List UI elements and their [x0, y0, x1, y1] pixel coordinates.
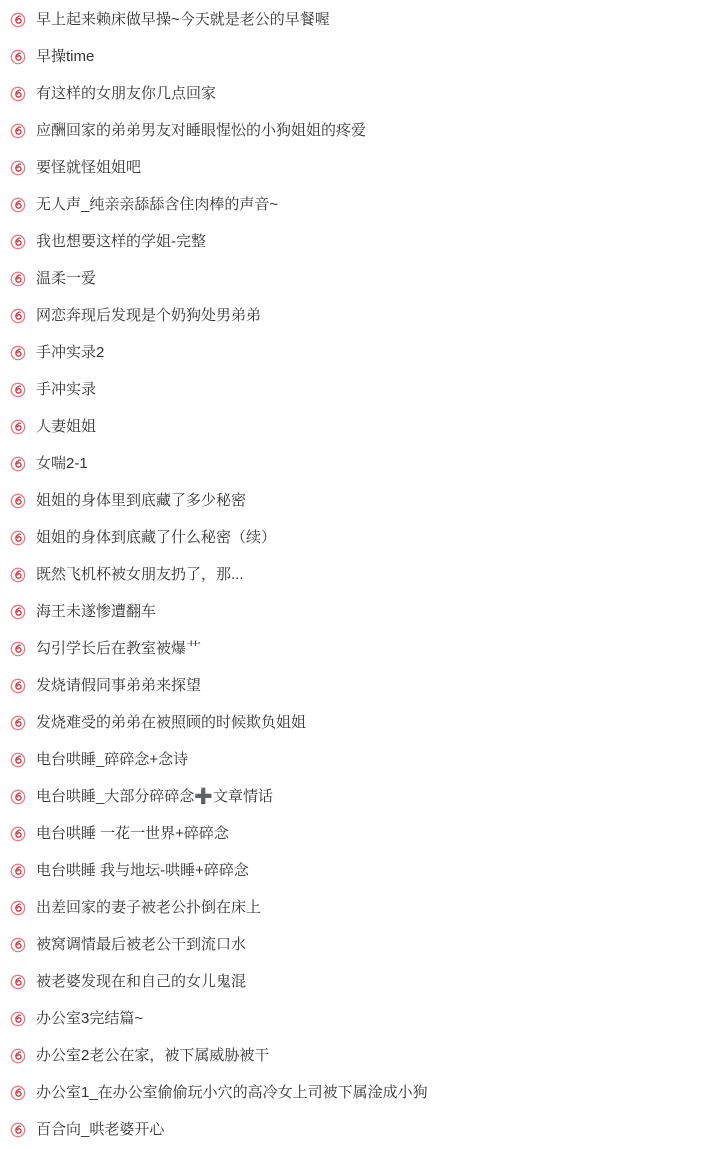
- audio-title: 温柔一爱: [36, 260, 96, 297]
- audio-title: 发烧请假同事弟弟来探望: [36, 667, 201, 704]
- list-item[interactable]: 要怪就怪姐姐吧: [0, 149, 716, 186]
- netease-music-icon: [10, 641, 26, 657]
- netease-music-icon: [10, 715, 26, 731]
- audio-title: 早操time: [36, 38, 94, 75]
- list-item[interactable]: 被老婆发现在和自己的女儿鬼混: [0, 963, 716, 1000]
- list-item[interactable]: 姐姐的身体到底藏了什么秘密（续）: [0, 519, 716, 556]
- audio-title: 手冲实录2: [36, 334, 104, 371]
- list-item[interactable]: 手冲实录: [0, 371, 716, 408]
- netease-music-icon: [10, 1122, 26, 1138]
- list-item[interactable]: 被窝调情最后被老公干到流口水: [0, 926, 716, 963]
- list-item[interactable]: 应酬回家的弟弟男友对睡眼惺忪的小狗姐姐的疼爱: [0, 112, 716, 149]
- audio-title: 要怪就怪姐姐吧: [36, 149, 141, 186]
- audio-title: 我也想要这样的学姐-完整: [36, 223, 206, 260]
- netease-music-icon: [10, 197, 26, 213]
- audio-title: 百合向_哄老婆开心: [36, 1111, 164, 1148]
- netease-music-icon: [10, 1085, 26, 1101]
- netease-music-icon: [10, 49, 26, 65]
- netease-music-icon: [10, 86, 26, 102]
- netease-music-icon: [10, 604, 26, 620]
- audio-title: 发烧难受的弟弟在被照顾的时候欺负姐姐: [36, 704, 306, 741]
- list-item[interactable]: 办公室3完结篇~: [0, 1000, 716, 1037]
- list-item[interactable]: 我也想要这样的学姐-完整: [0, 223, 716, 260]
- netease-music-icon: [10, 678, 26, 694]
- audio-title: 无人声_纯亲亲舔舔含住肉棒的声音~: [36, 186, 278, 223]
- audio-title: 勾引学长后在教室被爆艹: [36, 630, 201, 667]
- netease-music-icon: [10, 937, 26, 953]
- netease-music-icon: [10, 1011, 26, 1027]
- netease-music-icon: [10, 863, 26, 879]
- netease-music-icon: [10, 308, 26, 324]
- audio-list: 早上起来赖床做早操~今天就是老公的早餐喔 早操time 有这样的女朋友你几点回家: [0, 0, 716, 1148]
- list-item[interactable]: 海王未遂惨遭翻车: [0, 593, 716, 630]
- audio-title: 出差回家的妻子被老公扑倒在床上: [36, 889, 261, 926]
- list-item[interactable]: 发烧难受的弟弟在被照顾的时候欺负姐姐: [0, 704, 716, 741]
- audio-title: 应酬回家的弟弟男友对睡眼惺忪的小狗姐姐的疼爱: [36, 112, 366, 149]
- audio-title: 网恋奔现后发现是个奶狗处男弟弟: [36, 297, 261, 334]
- list-item[interactable]: 办公室2老公在家，被下属威胁被干: [0, 1037, 716, 1074]
- list-item[interactable]: 既然飞机杯被女朋友扔了，那...: [0, 556, 716, 593]
- list-item[interactable]: 人妻姐姐: [0, 408, 716, 445]
- list-item[interactable]: 女喘2-1: [0, 445, 716, 482]
- netease-music-icon: [10, 419, 26, 435]
- netease-music-icon: [10, 123, 26, 139]
- audio-title: 有这样的女朋友你几点回家: [36, 75, 216, 112]
- netease-music-icon: [10, 974, 26, 990]
- list-item[interactable]: 姐姐的身体里到底藏了多少秘密: [0, 482, 716, 519]
- netease-music-icon: [10, 271, 26, 287]
- list-item[interactable]: 网恋奔现后发现是个奶狗处男弟弟: [0, 297, 716, 334]
- audio-title: 手冲实录: [36, 371, 96, 408]
- audio-title: 办公室2老公在家，被下属威胁被干: [36, 1037, 269, 1074]
- list-item[interactable]: 手冲实录2: [0, 334, 716, 371]
- audio-title: 姐姐的身体到底藏了什么秘密（续）: [36, 519, 276, 556]
- list-item[interactable]: 有这样的女朋友你几点回家: [0, 75, 716, 112]
- list-item[interactable]: 电台哄睡_大部分碎碎念➕文章情话: [0, 778, 716, 815]
- netease-music-icon: [10, 382, 26, 398]
- netease-music-icon: [10, 752, 26, 768]
- netease-music-icon: [10, 1048, 26, 1064]
- audio-title: 电台哄睡 一花一世界+碎碎念: [36, 815, 229, 852]
- list-item[interactable]: 勾引学长后在教室被爆艹: [0, 630, 716, 667]
- list-item[interactable]: 电台哄睡 一花一世界+碎碎念: [0, 815, 716, 852]
- audio-title: 早上起来赖床做早操~今天就是老公的早餐喔: [36, 1, 330, 38]
- list-item[interactable]: 温柔一爱: [0, 260, 716, 297]
- netease-music-icon: [10, 826, 26, 842]
- netease-music-icon: [10, 345, 26, 361]
- audio-title: 电台哄睡_大部分碎碎念➕文章情话: [36, 778, 273, 815]
- netease-music-icon: [10, 789, 26, 805]
- audio-title: 办公室1_在办公室偷偷玩小穴的高冷女上司被下属淦成小狗: [36, 1074, 428, 1111]
- netease-music-icon: [10, 567, 26, 583]
- audio-title: 姐姐的身体里到底藏了多少秘密: [36, 482, 246, 519]
- list-item[interactable]: 早上起来赖床做早操~今天就是老公的早餐喔: [0, 1, 716, 38]
- audio-title: 电台哄睡 我与地坛-哄睡+碎碎念: [36, 852, 249, 889]
- audio-title: 被窝调情最后被老公干到流口水: [36, 926, 246, 963]
- list-item[interactable]: 百合向_哄老婆开心: [0, 1111, 716, 1148]
- netease-music-icon: [10, 160, 26, 176]
- netease-music-icon: [10, 456, 26, 472]
- audio-title: 人妻姐姐: [36, 408, 96, 445]
- list-item[interactable]: 办公室1_在办公室偷偷玩小穴的高冷女上司被下属淦成小狗: [0, 1074, 716, 1111]
- list-item[interactable]: 电台哄睡 我与地坛-哄睡+碎碎念: [0, 852, 716, 889]
- netease-music-icon: [10, 530, 26, 546]
- list-item[interactable]: 早操time: [0, 38, 716, 75]
- netease-music-icon: [10, 12, 26, 28]
- netease-music-icon: [10, 493, 26, 509]
- audio-title: 被老婆发现在和自己的女儿鬼混: [36, 963, 246, 1000]
- list-item[interactable]: 出差回家的妻子被老公扑倒在床上: [0, 889, 716, 926]
- audio-title: 既然飞机杯被女朋友扔了，那...: [36, 556, 244, 593]
- audio-title: 海王未遂惨遭翻车: [36, 593, 156, 630]
- list-item[interactable]: 电台哄睡_碎碎念+念诗: [0, 741, 716, 778]
- list-item[interactable]: 无人声_纯亲亲舔舔含住肉棒的声音~: [0, 186, 716, 223]
- audio-title: 办公室3完结篇~: [36, 1000, 143, 1037]
- audio-title: 女喘2-1: [36, 445, 88, 482]
- netease-music-icon: [10, 234, 26, 250]
- netease-music-icon: [10, 900, 26, 916]
- audio-title: 电台哄睡_碎碎念+念诗: [36, 741, 188, 778]
- list-item[interactable]: 发烧请假同事弟弟来探望: [0, 667, 716, 704]
